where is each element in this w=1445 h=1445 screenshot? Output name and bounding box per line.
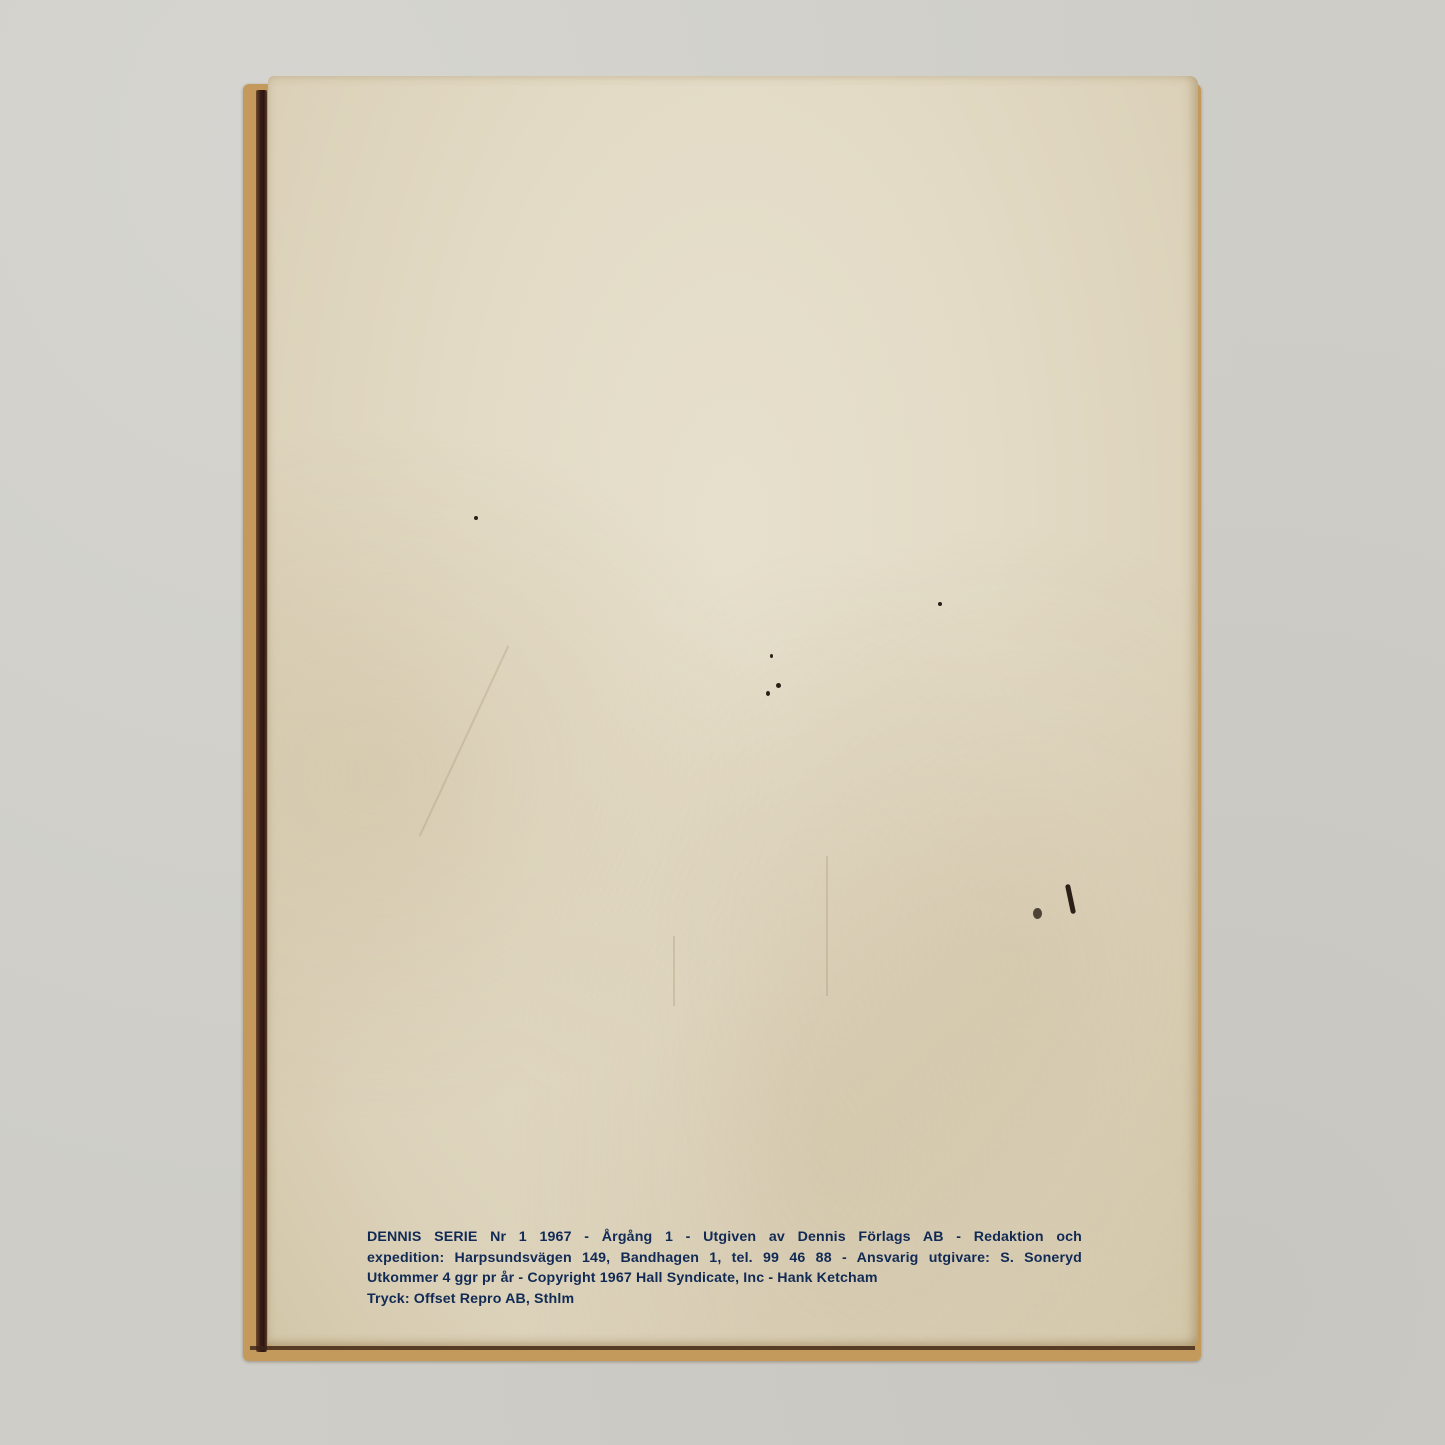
imprint-line-1: DENNIS SERIE Nr 1 1967 - Årgång 1 - Utgi… bbox=[367, 1227, 1082, 1248]
speck-stain bbox=[474, 516, 478, 520]
imprint-line-2: expedition: Harpsundsvägen 149, Bandhage… bbox=[367, 1248, 1082, 1269]
speck-stain bbox=[776, 683, 781, 688]
speck-stain bbox=[770, 654, 773, 658]
back-cover bbox=[268, 76, 1198, 1346]
speck-stain bbox=[766, 691, 770, 696]
publisher-imprint: DENNIS SERIE Nr 1 1967 - Årgång 1 - Utgi… bbox=[367, 1227, 1082, 1309]
imprint-line-4: Tryck: Offset Repro AB, Sthlm bbox=[367, 1289, 1082, 1310]
crease-mark bbox=[419, 645, 510, 836]
booklet-bottom-edge bbox=[250, 1346, 1195, 1350]
crease-mark bbox=[673, 936, 675, 1006]
speck-stain bbox=[1065, 884, 1076, 914]
imprint-line-3: Utkommer 4 ggr pr år - Copyright 1967 Ha… bbox=[367, 1268, 1082, 1289]
speck-stain bbox=[1033, 908, 1042, 919]
speck-stain bbox=[938, 602, 942, 606]
crease-mark bbox=[826, 856, 828, 996]
booklet-spine bbox=[256, 90, 267, 1352]
